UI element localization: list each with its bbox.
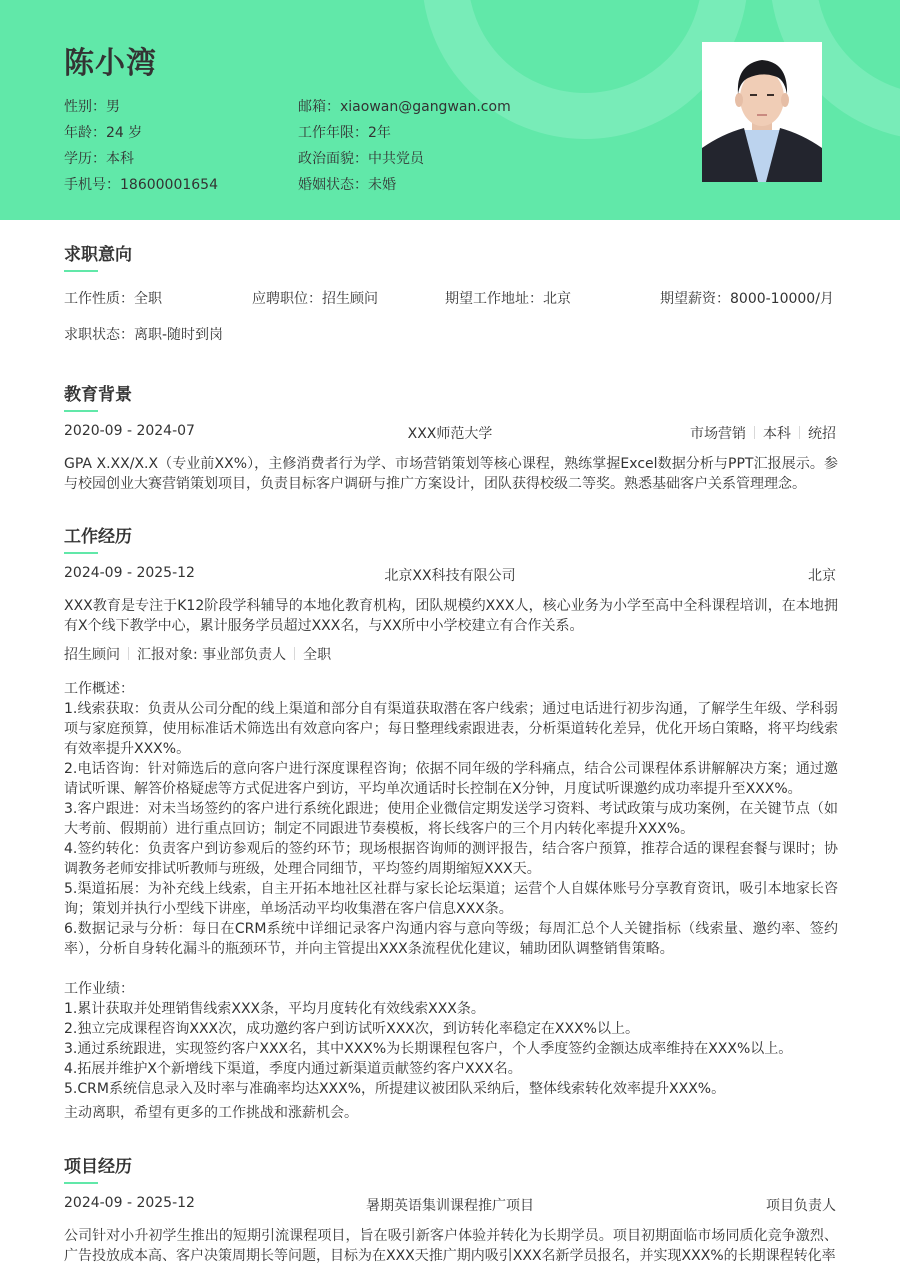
education-date: 2020-09 - 2024-07 xyxy=(64,423,195,439)
education-school: XXX师范大学 xyxy=(300,423,600,443)
tag-role: 招生顾问 xyxy=(64,647,120,663)
achievements-label: 工作业绩： xyxy=(64,979,838,999)
work-overview: 工作概述： 1.线索获取：负责从公司分配的线上渠道和部分自有渠道获取潜在客户线索… xyxy=(64,679,838,1099)
info-education: 学历：本科 xyxy=(64,148,134,168)
project-description: 公司针对小升初学生推出的短期引流课程项目，旨在吸引新客户体验并转化为长期学员。项… xyxy=(64,1226,838,1266)
achievement-item: 5.CRM系统信息录入及时率与准确率均达XXX%，所提建议被团队采纳后，整体线索… xyxy=(64,1079,838,1099)
project-role: 项目负责人 xyxy=(766,1195,836,1215)
overview-label: 工作概述： xyxy=(64,679,838,699)
section-accent-line xyxy=(64,270,98,272)
work-location: 北京 xyxy=(808,565,836,585)
section-title-education: 教育背景 xyxy=(64,380,132,405)
section-title-job-intention: 求职意向 xyxy=(64,240,132,265)
overview-item: 5.渠道拓展：为补充线上线索，自主开拓本地社区社群与家长论坛渠道；运营个人自媒体… xyxy=(64,879,838,919)
divider xyxy=(128,647,129,660)
avatar-photo xyxy=(702,42,822,182)
overview-item: 6.数据记录与分析：每日在CRM系统中详细记录客户沟通内容与意向等级；每周汇总个… xyxy=(64,919,838,959)
divider xyxy=(754,426,755,439)
person-photo-icon xyxy=(702,42,822,182)
divider xyxy=(294,647,295,660)
tag-report-to: 汇报对象: 事业部负责人 xyxy=(137,647,286,663)
leave-reason: 主动离职，希望有更多的工作挑战和涨薪机会。 xyxy=(64,1103,838,1123)
tag-degree: 本科 xyxy=(763,426,791,442)
achievement-item: 3.通过系统跟进，实现签约客户XXX名，其中XXX%为长期课程包客户，个人季度签… xyxy=(64,1039,838,1059)
achievement-item: 1.累计获取并处理销售线索XXX条，平均月度转化有效线索XXX条。 xyxy=(64,999,838,1019)
work-date: 2024-09 - 2025-12 xyxy=(64,565,195,581)
overview-item: 4.签约转化：负责客户到访参观后的签约环节；现场根据咨询师的测评报告，结合客户预… xyxy=(64,839,838,879)
overview-item: 2.电话咨询：针对筛选后的意向客户进行深度课程咨询；依据不同年级的学科痛点，结合… xyxy=(64,759,838,799)
info-gender: 性别：男 xyxy=(64,96,120,116)
education-description: GPA X.XX/X.X（专业前XX%），主修消费者行为学、市场营销策划等核心课… xyxy=(64,454,838,494)
overview-item: 1.线索获取：负责从公司分配的线上渠道和部分自有渠道获取潜在客户线索；通过电话进… xyxy=(64,699,838,759)
field-job-status: 求职状态：离职-随时到岗 xyxy=(64,324,223,344)
work-tags: 招生顾问汇报对象: 事业部负责人全职 xyxy=(64,644,331,664)
company-intro: XXX教育是专注于K12阶段学科辅导的本地化教育机构，团队规模约XXX人，核心业… xyxy=(64,596,838,636)
project-date: 2024-09 - 2025-12 xyxy=(64,1195,195,1211)
candidate-name: 陈小湾 xyxy=(64,38,157,82)
info-work-years: 工作年限：2年 xyxy=(298,122,391,142)
info-email: 邮箱：xiaowan@gangwan.com xyxy=(298,96,511,116)
info-age: 年龄：24 岁 xyxy=(64,122,142,142)
decorative-ring xyxy=(422,0,748,139)
field-job-type: 工作性质：全职 xyxy=(64,288,162,308)
info-marital-status: 婚姻状态：未婚 xyxy=(298,174,396,194)
tag-type: 全职 xyxy=(303,647,331,663)
resume-header: 陈小湾 性别：男 年龄：24 岁 学历：本科 手机号：18600001654 邮… xyxy=(0,0,900,220)
section-title-work: 工作经历 xyxy=(64,522,132,547)
field-position: 应聘职位：招生顾问 xyxy=(252,288,378,308)
project-name: 暑期英语集训课程推广项目 xyxy=(300,1195,600,1215)
achievement-item: 4.拓展并维护X个新增线下渠道，季度内通过新渠道贡献签约客户XXX名。 xyxy=(64,1059,838,1079)
section-accent-line xyxy=(64,552,98,554)
work-company: 北京XX科技有限公司 xyxy=(300,565,600,585)
section-accent-line xyxy=(64,1182,98,1184)
section-title-project: 项目经历 xyxy=(64,1152,132,1177)
info-phone: 手机号：18600001654 xyxy=(64,174,218,194)
overview-item: 3.客户跟进：对未当场签约的客户进行系统化跟进；使用企业微信定期发送学习资料、考… xyxy=(64,799,838,839)
field-location: 期望工作地址：北京 xyxy=(445,288,571,308)
tag-major: 市场营销 xyxy=(690,426,746,442)
education-tags: 市场营销本科统招 xyxy=(690,423,836,443)
divider xyxy=(799,426,800,439)
section-accent-line xyxy=(64,410,98,412)
field-salary: 期望薪资：8000-10000/月 xyxy=(660,288,834,308)
tag-enrollment: 统招 xyxy=(808,426,836,442)
info-political-status: 政治面貌：中共党员 xyxy=(298,148,424,168)
achievement-item: 2.独立完成课程咨询XXX次，成功邀约客户到访试听XXX次，到访转化率稳定在XX… xyxy=(64,1019,838,1039)
